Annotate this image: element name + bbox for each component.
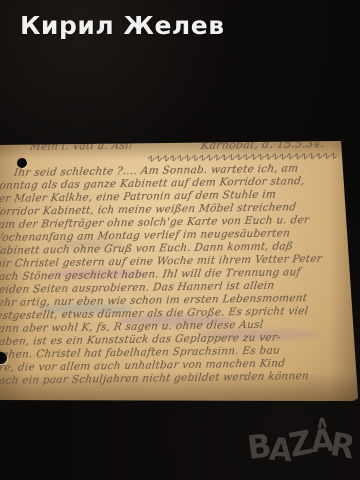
bazar-watermark: B A Z A R ∧ <box>245 421 355 469</box>
watermark-letter: R <box>327 426 357 467</box>
punch-hole <box>17 158 27 168</box>
seller-name-overlay: Кирил Желев <box>20 11 225 40</box>
bag-handle-icon: ∧ <box>314 411 330 433</box>
